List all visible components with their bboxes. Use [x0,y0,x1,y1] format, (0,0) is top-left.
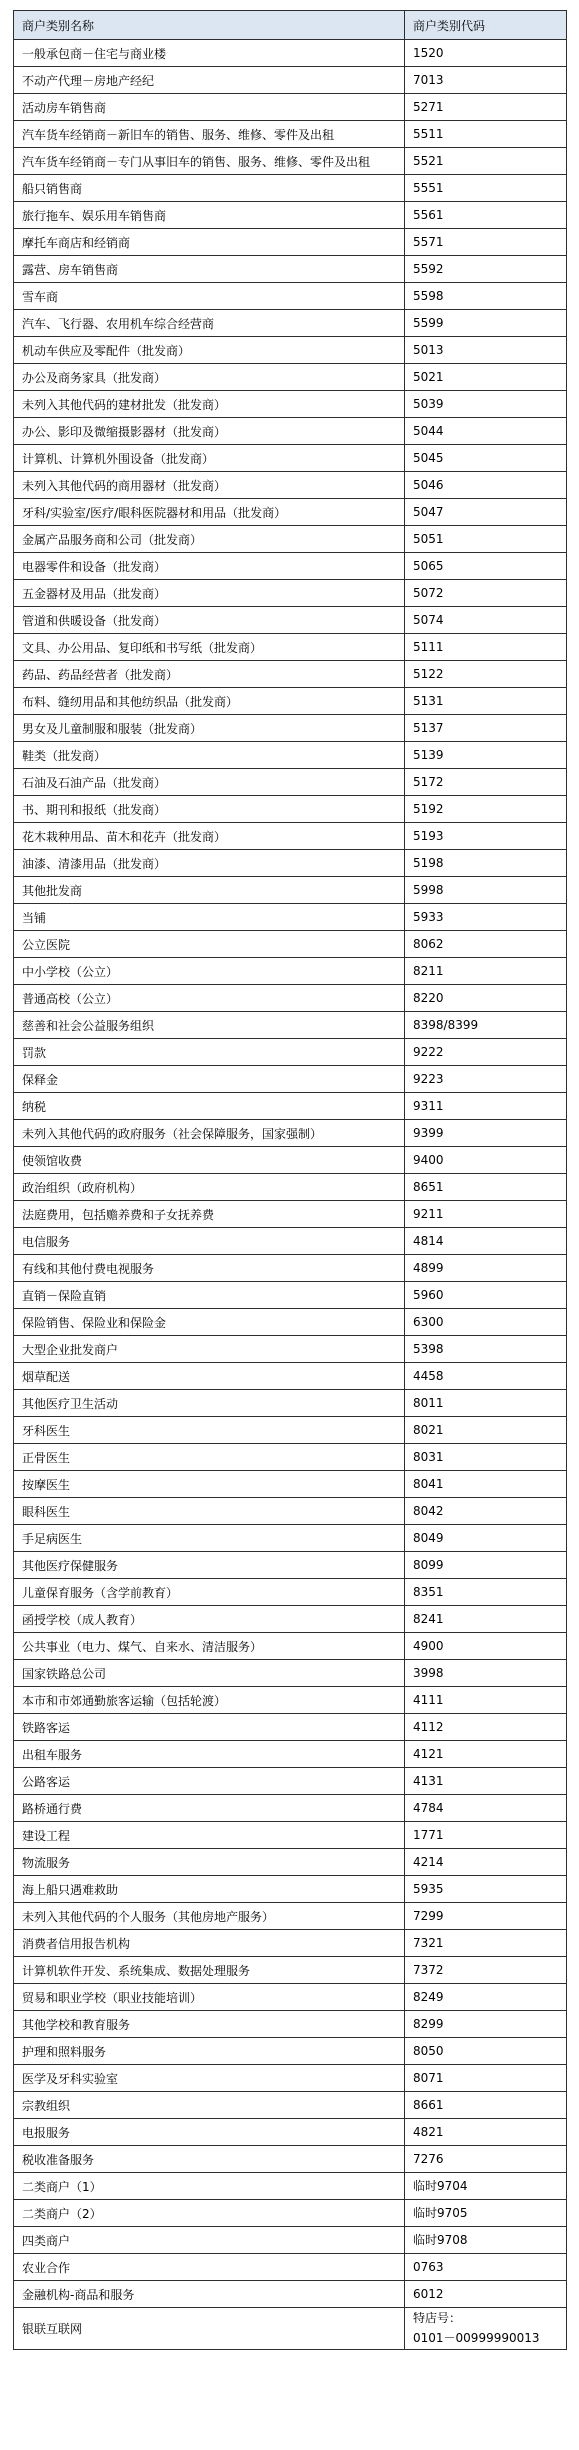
table-row: 计算机软件开发、系统集成、数据处理服务7372 [14,1957,567,1984]
table-row: 手足病医生8049 [14,1525,567,1552]
table-row: 露营、房车销售商5592 [14,256,567,283]
table-row: 公路客运4131 [14,1768,567,1795]
merchant-code-cell: 5074 [405,607,567,634]
table-body: 一般承包商－住宅与商业楼1520不动产代理－房地产经纪7013活动房车销售商52… [14,40,567,2350]
merchant-name-cell: 海上船只遇难救助 [14,1876,405,1903]
merchant-name-cell: 旅行拖车、娱乐用车销售商 [14,202,405,229]
merchant-code-cell: 5137 [405,715,567,742]
merchant-name-cell: 花木栽种用品、苗木和花卉（批发商） [14,823,405,850]
merchant-name-cell: 按摩医生 [14,1471,405,1498]
table-row: 眼科医生8042 [14,1498,567,1525]
table-row: 管道和供暖设备（批发商）5074 [14,607,567,634]
table-row: 消费者信用报告机构7321 [14,1930,567,1957]
table-row: 法庭费用，包括赡养费和子女抚养费9211 [14,1201,567,1228]
merchant-name-cell: 药品、药品经营者（批发商） [14,661,405,688]
merchant-name-cell: 未列入其他代码的建材批发（批发商） [14,391,405,418]
merchant-code-cell: 5571 [405,229,567,256]
table-row: 烟草配送4458 [14,1363,567,1390]
table-row: 正骨医生8031 [14,1444,567,1471]
table-row: 政治组织（政府机构）8651 [14,1174,567,1201]
merchant-name-cell: 使领馆收费 [14,1147,405,1174]
merchant-name-cell: 管道和供暖设备（批发商） [14,607,405,634]
merchant-name-cell: 活动房车销售商 [14,94,405,121]
merchant-code-cell: 5193 [405,823,567,850]
merchant-code-cell: 5198 [405,850,567,877]
merchant-code-cell: 9223 [405,1066,567,1093]
merchant-name-cell: 中小学校（公立） [14,958,405,985]
merchant-name-cell: 未列入其他代码的商用器材（批发商） [14,472,405,499]
merchant-name-cell: 国家铁路总公司 [14,1660,405,1687]
merchant-name-cell: 二类商户（1） [14,2173,405,2200]
merchant-name-cell: 医学及牙科实验室 [14,2065,405,2092]
table-row: 二类商户（2）临时9705 [14,2200,567,2227]
merchant-name-cell: 机动车供应及零配件（批发商） [14,337,405,364]
table-row: 铁路客运4112 [14,1714,567,1741]
merchant-code-cell: 临时9704 [405,2173,567,2200]
merchant-code-cell: 5065 [405,553,567,580]
table-row: 四类商户临时9708 [14,2227,567,2254]
table-row: 其他医疗卫生活动8011 [14,1390,567,1417]
merchant-code-cell: 5172 [405,769,567,796]
merchant-name-cell: 普通高校（公立） [14,985,405,1012]
merchant-name-cell: 公立医院 [14,931,405,958]
merchant-name-cell: 电信服务 [14,1228,405,1255]
merchant-code-cell: 5047 [405,499,567,526]
merchant-code-cell: 5933 [405,904,567,931]
merchant-name-cell: 电器零件和设备（批发商） [14,553,405,580]
merchant-code-cell: 8041 [405,1471,567,1498]
merchant-name-cell: 大型企业批发商户 [14,1336,405,1363]
merchant-name-cell: 船只销售商 [14,175,405,202]
merchant-name-cell: 其他批发商 [14,877,405,904]
merchant-code-cell: 5139 [405,742,567,769]
merchant-name-cell: 手足病医生 [14,1525,405,1552]
table-row: 不动产代理－房地产经纪7013 [14,67,567,94]
merchant-name-cell: 正骨医生 [14,1444,405,1471]
merchant-code-cell: 8398/8399 [405,1012,567,1039]
table-row: 石油及石油产品（批发商）5172 [14,769,567,796]
table-row: 路桥通行费4784 [14,1795,567,1822]
merchant-code-cell: 4784 [405,1795,567,1822]
table-row: 出租车服务4121 [14,1741,567,1768]
merchant-name-cell: 汽车货车经销商－专门从事旧车的销售、服务、维修、零件及出租 [14,148,405,175]
table-row: 护理和照料服务8050 [14,2038,567,2065]
merchant-name-cell: 计算机软件开发、系统集成、数据处理服务 [14,1957,405,1984]
merchant-name-cell: 直销－保险直销 [14,1282,405,1309]
merchant-code-cell: 4814 [405,1228,567,1255]
merchant-name-cell: 保险销售、保险业和保险金 [14,1309,405,1336]
table-row: 其他学校和教育服务8299 [14,2011,567,2038]
table-row: 未列入其他代码的个人服务（其他房地产服务）7299 [14,1903,567,1930]
table-row: 办公及商务家具（批发商）5021 [14,364,567,391]
merchant-code-cell: 5599 [405,310,567,337]
merchant-code-cell: 8249 [405,1984,567,2011]
merchant-name-cell: 鞋类（批发商） [14,742,405,769]
table-row: 未列入其他代码的建材批发（批发商）5039 [14,391,567,418]
merchant-name-cell: 布料、缝纫用品和其他纺织品（批发商） [14,688,405,715]
table-row: 本市和市郊通勤旅客运输（包括轮渡）4111 [14,1687,567,1714]
table-row: 函授学校（成人教育）8241 [14,1606,567,1633]
merchant-name-cell: 计算机、计算机外围设备（批发商） [14,445,405,472]
table-row: 一般承包商－住宅与商业楼1520 [14,40,567,67]
merchant-name-cell: 汽车、飞行器、农用机车综合经营商 [14,310,405,337]
merchant-code-cell: 7276 [405,2146,567,2173]
merchant-code-cell: 8299 [405,2011,567,2038]
merchant-code-cell: 5039 [405,391,567,418]
merchant-code-cell: 0763 [405,2254,567,2281]
table-row: 宗教组织8661 [14,2092,567,2119]
table-row: 船只销售商5551 [14,175,567,202]
merchant-name-cell: 出租车服务 [14,1741,405,1768]
merchant-name-cell: 男女及儿童制服和服装（批发商） [14,715,405,742]
merchant-name-cell: 慈善和社会公益服务组织 [14,1012,405,1039]
merchant-code-cell: 1520 [405,40,567,67]
table-row: 书、期刊和报纸（批发商）5192 [14,796,567,823]
merchant-code-cell: 8050 [405,2038,567,2065]
table-row: 药品、药品经营者（批发商）5122 [14,661,567,688]
table-row: 牙科医生8021 [14,1417,567,1444]
merchant-code-cell: 4900 [405,1633,567,1660]
merchant-name-cell: 宗教组织 [14,2092,405,2119]
merchant-code-cell: 6300 [405,1309,567,1336]
table-row: 海上船只遇难救助5935 [14,1876,567,1903]
merchant-code-cell: 5122 [405,661,567,688]
table-row: 油漆、清漆用品（批发商）5198 [14,850,567,877]
table-row: 电器零件和设备（批发商）5065 [14,553,567,580]
merchant-name-cell: 护理和照料服务 [14,2038,405,2065]
merchant-code-cell: 5960 [405,1282,567,1309]
merchant-code-cell: 7321 [405,1930,567,1957]
merchant-name-cell: 公路客运 [14,1768,405,1795]
table-row: 普通高校（公立）8220 [14,985,567,1012]
merchant-name-cell: 雪车商 [14,283,405,310]
table-row: 农业合作0763 [14,2254,567,2281]
table-row: 花木栽种用品、苗木和花卉（批发商）5193 [14,823,567,850]
merchant-name-cell: 四类商户 [14,2227,405,2254]
merchant-name-cell: 公共事业（电力、煤气、自来水、清洁服务） [14,1633,405,1660]
merchant-code-cell: 9399 [405,1120,567,1147]
merchant-name-cell: 摩托车商店和经销商 [14,229,405,256]
merchant-code-cell: 临时9705 [405,2200,567,2227]
table-row: 旅行拖车、娱乐用车销售商5561 [14,202,567,229]
table-row: 罚款9222 [14,1039,567,1066]
merchant-code-cell: 7372 [405,1957,567,1984]
merchant-code-cell: 5998 [405,877,567,904]
merchant-name-cell: 贸易和职业学校（职业技能培训） [14,1984,405,2011]
merchant-code-cell: 9311 [405,1093,567,1120]
merchant-name-cell: 农业合作 [14,2254,405,2281]
merchant-code-cell: 8062 [405,931,567,958]
merchant-category-table: 商户类别名称 商户类别代码 一般承包商－住宅与商业楼1520不动产代理－房地产经… [13,10,567,2350]
merchant-name-cell: 消费者信用报告机构 [14,1930,405,1957]
merchant-code-cell: 3998 [405,1660,567,1687]
table-row: 纳税9311 [14,1093,567,1120]
merchant-code-cell: 8031 [405,1444,567,1471]
merchant-code-cell: 5046 [405,472,567,499]
table-row: 使领馆收费9400 [14,1147,567,1174]
merchant-name-cell: 办公及商务家具（批发商） [14,364,405,391]
table-row: 办公、影印及微缩摄影器材（批发商）5044 [14,418,567,445]
merchant-code-cell: 8651 [405,1174,567,1201]
merchant-name-cell: 石油及石油产品（批发商） [14,769,405,796]
header-row: 商户类别名称 商户类别代码 [14,11,567,40]
merchant-code-cell: 5271 [405,94,567,121]
merchant-code-cell: 4112 [405,1714,567,1741]
table-row: 税收准备服务7276 [14,2146,567,2173]
table-row: 电报服务4821 [14,2119,567,2146]
table-row: 公共事业（电力、煤气、自来水、清洁服务）4900 [14,1633,567,1660]
merchant-name-cell: 路桥通行费 [14,1795,405,1822]
merchant-name-cell: 税收准备服务 [14,2146,405,2173]
table-row: 金融机构-商品和服务6012 [14,2281,567,2308]
merchant-code-cell: 6012 [405,2281,567,2308]
merchant-code-cell: 临时9708 [405,2227,567,2254]
table-row: 未列入其他代码的政府服务（社会保障服务，国家强制）9399 [14,1120,567,1147]
table-row: 其他医疗保健服务8099 [14,1552,567,1579]
table-row: 文具、办公用品、复印纸和书写纸（批发商）5111 [14,634,567,661]
merchant-name-cell: 未列入其他代码的个人服务（其他房地产服务） [14,1903,405,1930]
merchant-code-cell: 8049 [405,1525,567,1552]
merchant-name-cell: 二类商户（2） [14,2200,405,2227]
merchant-code-cell: 5592 [405,256,567,283]
merchant-code-cell: 8042 [405,1498,567,1525]
merchant-code-cell: 5935 [405,1876,567,1903]
merchant-code-cell: 9400 [405,1147,567,1174]
merchant-code-cell: 8241 [405,1606,567,1633]
table-row: 当铺5933 [14,904,567,931]
merchant-code-cell: 4458 [405,1363,567,1390]
merchant-name-cell: 烟草配送 [14,1363,405,1390]
merchant-code-cell: 4214 [405,1849,567,1876]
merchant-name-cell: 当铺 [14,904,405,931]
table-row: 公立医院8062 [14,931,567,958]
merchant-name-cell: 露营、房车销售商 [14,256,405,283]
merchant-code-cell: 5131 [405,688,567,715]
merchant-code-cell: 8220 [405,985,567,1012]
table-row: 金属产品服务商和公司（批发商）5051 [14,526,567,553]
merchant-code-cell: 5013 [405,337,567,364]
merchant-code-cell: 8351 [405,1579,567,1606]
merchant-name-cell: 纳税 [14,1093,405,1120]
table-row: 其他批发商5998 [14,877,567,904]
table-row: 保险销售、保险业和保险金6300 [14,1309,567,1336]
merchant-name-cell: 文具、办公用品、复印纸和书写纸（批发商） [14,634,405,661]
merchant-name-cell: 建设工程 [14,1822,405,1849]
table-row: 贸易和职业学校（职业技能培训）8249 [14,1984,567,2011]
merchant-name-cell: 保释金 [14,1066,405,1093]
merchant-code-cell: 8661 [405,2092,567,2119]
merchant-code-cell: 9222 [405,1039,567,1066]
table-row: 计算机、计算机外围设备（批发商）5045 [14,445,567,472]
merchant-name-cell: 函授学校（成人教育） [14,1606,405,1633]
merchant-code-cell: 8071 [405,2065,567,2092]
table-row: 银联互联网特店号： 0101－00999990013 [14,2308,567,2350]
merchant-code-cell: 7299 [405,1903,567,1930]
merchant-code-cell: 8211 [405,958,567,985]
column-header-merchant-code: 商户类别代码 [405,11,567,40]
merchant-name-cell: 书、期刊和报纸（批发商） [14,796,405,823]
table-row: 物流服务4214 [14,1849,567,1876]
merchant-name-cell: 油漆、清漆用品（批发商） [14,850,405,877]
merchant-code-cell: 5598 [405,283,567,310]
table-row: 男女及儿童制服和服装（批发商）5137 [14,715,567,742]
merchant-name-cell: 未列入其他代码的政府服务（社会保障服务，国家强制） [14,1120,405,1147]
merchant-name-cell: 有线和其他付费电视服务 [14,1255,405,1282]
merchant-code-cell: 9211 [405,1201,567,1228]
merchant-code-cell: 5551 [405,175,567,202]
merchant-name-cell: 办公、影印及微缩摄影器材（批发商） [14,418,405,445]
merchant-code-cell: 5111 [405,634,567,661]
merchant-name-cell: 其他医疗卫生活动 [14,1390,405,1417]
merchant-code-cell: 8011 [405,1390,567,1417]
merchant-category-page: 商户类别名称 商户类别代码 一般承包商－住宅与商业楼1520不动产代理－房地产经… [0,0,579,2358]
merchant-name-cell: 物流服务 [14,1849,405,1876]
merchant-code-cell: 4131 [405,1768,567,1795]
table-row: 慈善和社会公益服务组织8398/8399 [14,1012,567,1039]
merchant-name-cell: 本市和市郊通勤旅客运输（包括轮渡） [14,1687,405,1714]
table-row: 五金器材及用品（批发商）5072 [14,580,567,607]
merchant-name-cell: 牙科医生 [14,1417,405,1444]
table-row: 摩托车商店和经销商5571 [14,229,567,256]
table-row: 有线和其他付费电视服务4899 [14,1255,567,1282]
merchant-code-cell: 8099 [405,1552,567,1579]
table-row: 二类商户（1）临时9704 [14,2173,567,2200]
table-row: 机动车供应及零配件（批发商）5013 [14,337,567,364]
merchant-name-cell: 其他医疗保健服务 [14,1552,405,1579]
merchant-code-cell: 7013 [405,67,567,94]
merchant-name-cell: 金属产品服务商和公司（批发商） [14,526,405,553]
merchant-name-cell: 金融机构-商品和服务 [14,2281,405,2308]
merchant-code-cell: 5521 [405,148,567,175]
merchant-name-cell: 法庭费用，包括赡养费和子女抚养费 [14,1201,405,1228]
merchant-code-cell: 5511 [405,121,567,148]
merchant-code-cell: 5398 [405,1336,567,1363]
merchant-code-cell: 5045 [405,445,567,472]
merchant-code-cell: 5561 [405,202,567,229]
table-row: 按摩医生8041 [14,1471,567,1498]
merchant-code-cell: 5044 [405,418,567,445]
column-header-merchant-name: 商户类别名称 [14,11,405,40]
table-row: 未列入其他代码的商用器材（批发商）5046 [14,472,567,499]
merchant-name-cell: 一般承包商－住宅与商业楼 [14,40,405,67]
merchant-name-cell: 不动产代理－房地产经纪 [14,67,405,94]
table-row: 雪车商5598 [14,283,567,310]
merchant-code-cell: 5072 [405,580,567,607]
merchant-code-cell: 8021 [405,1417,567,1444]
merchant-name-cell: 其他学校和教育服务 [14,2011,405,2038]
table-row: 建设工程1771 [14,1822,567,1849]
table-row: 保释金9223 [14,1066,567,1093]
table-row: 儿童保育服务（含学前教育）8351 [14,1579,567,1606]
merchant-code-cell: 5021 [405,364,567,391]
merchant-name-cell: 汽车货车经销商－新旧车的销售、服务、维修、零件及出租 [14,121,405,148]
merchant-code-cell: 4121 [405,1741,567,1768]
merchant-code-cell: 1771 [405,1822,567,1849]
table-row: 汽车、飞行器、农用机车综合经营商5599 [14,310,567,337]
merchant-name-cell: 政治组织（政府机构） [14,1174,405,1201]
merchant-name-cell: 银联互联网 [14,2308,405,2350]
merchant-name-cell: 电报服务 [14,2119,405,2146]
merchant-code-cell: 5192 [405,796,567,823]
table-row: 汽车货车经销商－新旧车的销售、服务、维修、零件及出租5511 [14,121,567,148]
table-row: 活动房车销售商5271 [14,94,567,121]
merchant-name-cell: 铁路客运 [14,1714,405,1741]
table-row: 牙科/实验室/医疗/眼科医院器材和用品（批发商）5047 [14,499,567,526]
merchant-name-cell: 眼科医生 [14,1498,405,1525]
merchant-code-cell: 5051 [405,526,567,553]
merchant-code-cell: 4899 [405,1255,567,1282]
table-row: 医学及牙科实验室8071 [14,2065,567,2092]
table-row: 鞋类（批发商）5139 [14,742,567,769]
table-row: 直销－保险直销5960 [14,1282,567,1309]
table-row: 布料、缝纫用品和其他纺织品（批发商）5131 [14,688,567,715]
table-row: 大型企业批发商户5398 [14,1336,567,1363]
table-row: 电信服务4814 [14,1228,567,1255]
merchant-name-cell: 牙科/实验室/医疗/眼科医院器材和用品（批发商） [14,499,405,526]
table-row: 国家铁路总公司3998 [14,1660,567,1687]
merchant-name-cell: 五金器材及用品（批发商） [14,580,405,607]
table-row: 汽车货车经销商－专门从事旧车的销售、服务、维修、零件及出租5521 [14,148,567,175]
table-row: 中小学校（公立）8211 [14,958,567,985]
merchant-name-cell: 罚款 [14,1039,405,1066]
merchant-code-cell: 特店号： 0101－00999990013 [405,2308,567,2350]
merchant-code-cell: 4111 [405,1687,567,1714]
merchant-name-cell: 儿童保育服务（含学前教育） [14,1579,405,1606]
merchant-code-cell: 4821 [405,2119,567,2146]
